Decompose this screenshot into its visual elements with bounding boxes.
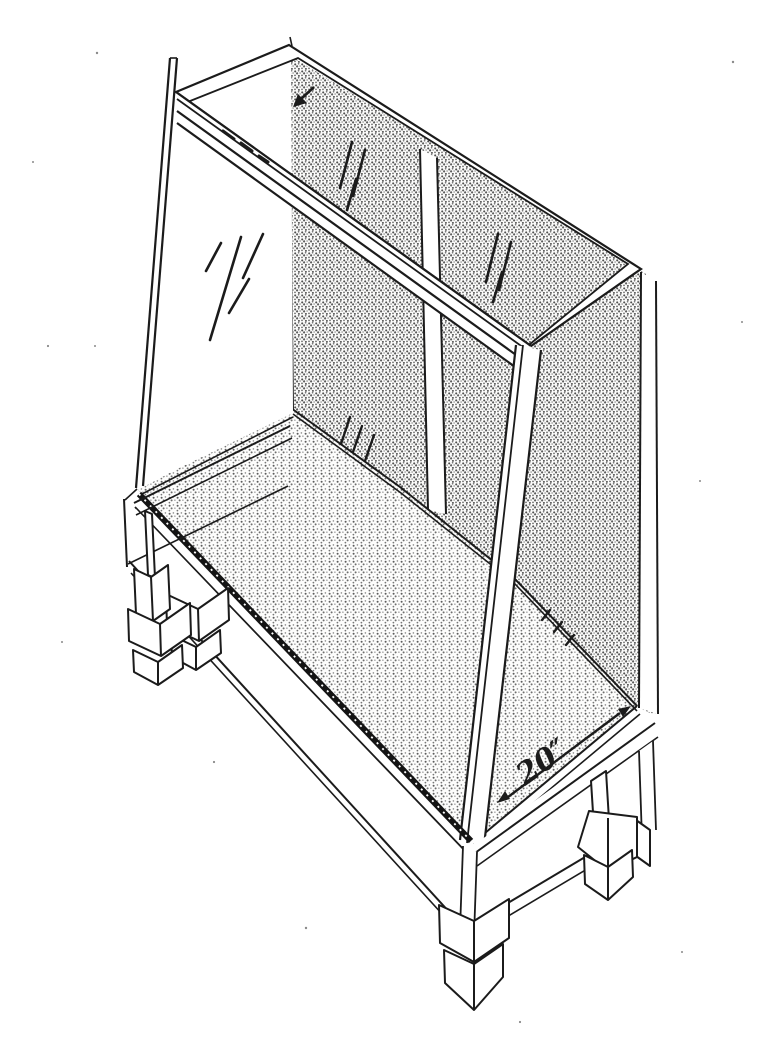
back-right-corner-post	[639, 272, 658, 714]
scanned-page: 20″	[0, 0, 765, 1060]
display-case-drawing: 20″	[0, 0, 765, 1060]
